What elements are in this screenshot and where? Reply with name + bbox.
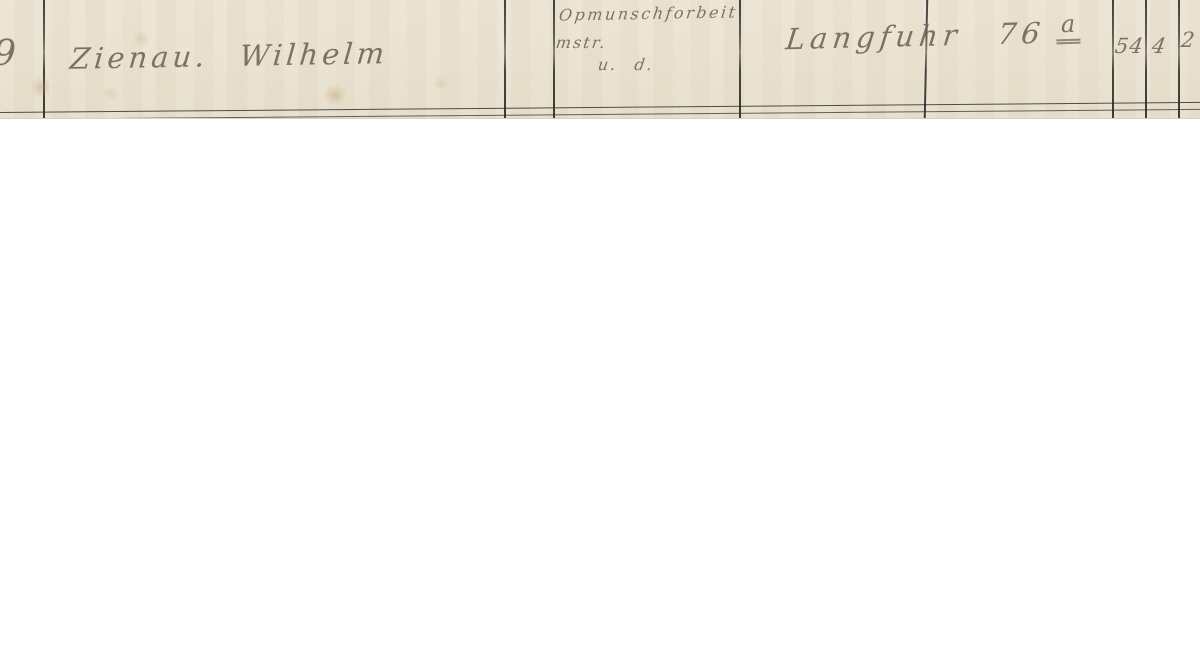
paper-stain — [103, 86, 118, 101]
page: 9 Zienau. Wilhelm Opmunschforbeit mstr. … — [0, 0, 1200, 645]
paper-stain — [433, 76, 448, 91]
occupation-line-1: Opmunschforbeit — [558, 4, 739, 23]
column-rule-2 — [504, 0, 506, 118]
row-number: 9 — [0, 36, 17, 73]
occupation-line-3: u. d. — [597, 57, 655, 73]
name-entry: Zienau. Wilhelm — [69, 39, 390, 74]
scanned-register-strip: 9 Zienau. Wilhelm Opmunschforbeit mstr. … — [0, 0, 1200, 119]
column-rule-4 — [739, 0, 741, 118]
blank-background — [0, 119, 1200, 645]
column-rule-3 — [553, 0, 555, 118]
value-column-1: 54 — [1114, 36, 1146, 57]
column-rule-7 — [1145, 0, 1147, 118]
address-entry: Langfuhr 76 — [784, 19, 1046, 54]
column-rule-6 — [1112, 0, 1114, 118]
column-rule-1 — [43, 0, 45, 118]
value-column-3: 2 — [1180, 30, 1196, 51]
occupation-line-2: mstr. — [555, 35, 608, 51]
column-rule-8 — [1178, 0, 1180, 118]
row-bottom-rule — [0, 102, 1200, 119]
address-suffix-letter: a — [1055, 12, 1080, 45]
value-column-2: 4 — [1150, 36, 1167, 57]
paper-stain — [30, 76, 52, 98]
paper-stain — [323, 84, 347, 106]
